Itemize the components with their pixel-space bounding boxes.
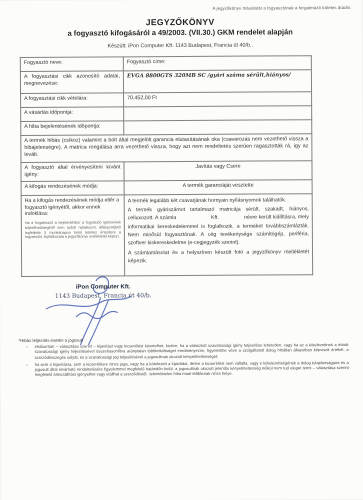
table-row: A fogyasztási cikk azonosító adatai, meg…	[20, 70, 311, 94]
defect-description: A termék hibás (csíkoz) valamint a bolt …	[21, 134, 312, 163]
page-subtitle: a fogyasztó kifogásáról a 49/2003. (VII.…	[0, 27, 362, 38]
table-row: A termék hibás (csíkoz) valamint a bolt …	[21, 134, 312, 163]
complaint-report-table: Fogyasztó neve: Fogyasztó címe: A fogyas…	[20, 55, 313, 277]
price-value: 70.452,00 Ft	[124, 92, 312, 107]
copy-disclaimer-note: A jegyzőkönyv másolatát a fogyasztónak a…	[212, 5, 351, 11]
justification-paragraph: A termék gyáriszámot tartalmazó matricáj…	[128, 205, 309, 248]
justification-label: Ha a kifogás rendezésének módja eltér a …	[25, 197, 121, 218]
justification-footnote: Ha a forgalmazó a bejelentéskor a fogyas…	[25, 220, 121, 240]
footnote-item: – elsősorban – választása szerint – kija…	[26, 342, 349, 360]
defect-report-date-value	[124, 120, 312, 135]
scanned-document-page: A jegyzőkönyv másolatát a fogyasztónak a…	[0, 0, 363, 500]
justification-paragraph: A termék legalább két csavarjának hornya…	[128, 196, 309, 205]
made-at-line: Készült: iPon Computer Kft. 1143 Budapes…	[0, 42, 362, 50]
product-value: EVGA 8800GTS 320MB SC /gyári száma sérül…	[123, 70, 311, 93]
defect-report-date-label: A hiba bejelentésének időpontja:	[21, 121, 124, 136]
stamp-company-name: iPon Computer Kft.	[44, 284, 162, 291]
stamp-company-address: 1143 Budapest, Francia út 40/b.	[44, 293, 162, 300]
consumer-address-label: Fogyasztó címe:	[123, 56, 311, 71]
dash-bullet-icon: –	[26, 362, 35, 378]
legal-footnote: *Hibás teljesítés esetén a jogosult – el…	[19, 336, 349, 380]
signature-scribble	[38, 262, 169, 349]
footnote-item-text: ha sem a kijavításra, sem a kicserélésre…	[35, 360, 349, 378]
footnote-item: – ha sem a kijavításra, sem a kicserélés…	[26, 360, 349, 378]
footnote-item-text: elsősorban – választása szerint – kijaví…	[35, 342, 349, 360]
resolution-label: A kifogás rendezésének módja:	[21, 181, 124, 196]
company-stamp: iPon Computer Kft. 1143 Budapest, Franci…	[44, 284, 162, 299]
table-row: A fogyasztó által érvényesíteni kívánt i…	[21, 161, 312, 182]
resolution-value: A termék garanciáját vesztette	[124, 179, 312, 194]
claim-value: Javítás vagy Csere	[124, 161, 312, 181]
price-label: A fogyasztási cikk vételára:	[21, 93, 124, 108]
product-label: A fogyasztási cikk azonosító adatai, meg…	[20, 71, 123, 94]
purchase-date-label: A vásárlás időpontja:	[21, 107, 124, 122]
consumer-name-label: Fogyasztó neve:	[20, 57, 123, 72]
dash-bullet-icon: –	[26, 344, 35, 360]
purchase-date-value	[124, 106, 312, 121]
claim-label: A fogyasztó által érvényesíteni kívánt i…	[21, 162, 124, 181]
